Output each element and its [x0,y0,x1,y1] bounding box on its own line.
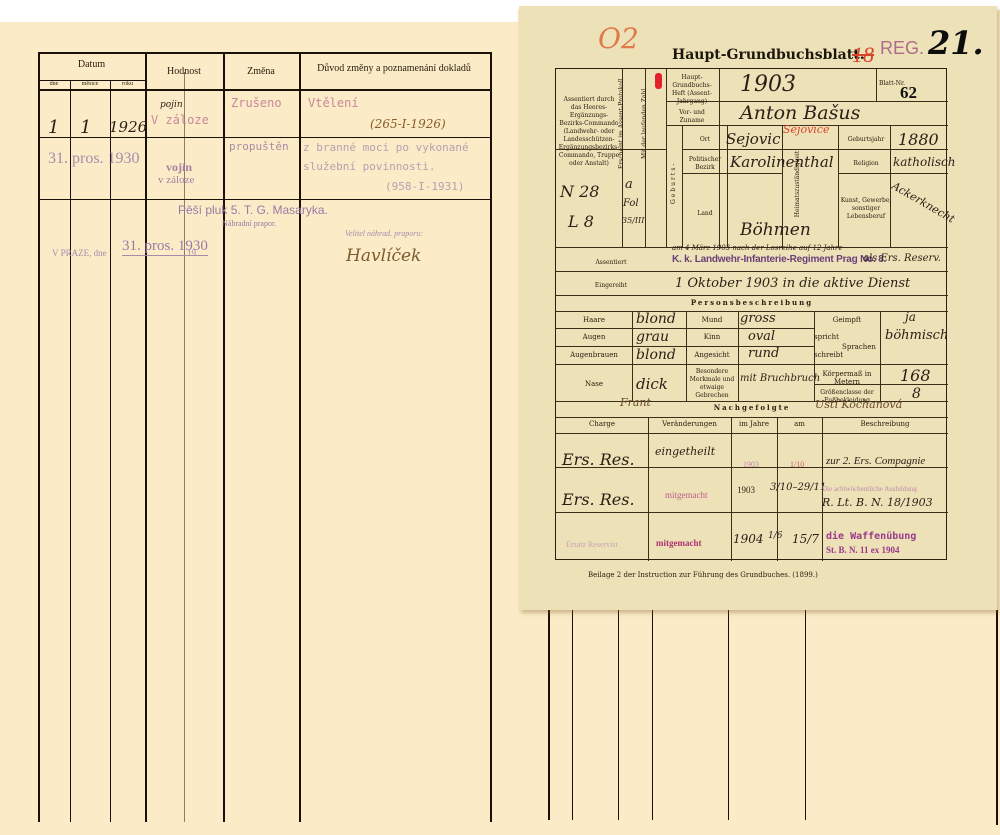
blatt-number: 62 [900,83,917,103]
row1-hodnost: V záloze [151,113,209,127]
change1-jahr: 1903 [743,460,759,469]
signature: Havlíček [346,246,421,266]
header-roku: roku [110,81,145,87]
change2-beschreibung2: R. Lt. B. N. 18/1903 [822,496,933,509]
row2-duvod-line2: služební povinnosti. [303,160,435,173]
assentiert-row-note: am 4 März 1903 nach der Losreihe auf 12 … [672,244,843,252]
change3-am: 15/7 [792,532,819,546]
nase-value: dick [636,375,668,393]
assentiert-row-suffix: als Ers. Reserv. [863,253,941,264]
schuh-value: 8 [912,386,921,402]
assentiert-row-stamp: K. k. Landwehr-Infanterie-Regiment Prag … [672,254,886,265]
angesicht-value: rund [748,346,779,361]
header-dne: dne [38,81,70,87]
merkmale-value: mit Bruchbruch [740,373,820,384]
haare-label: Haare [556,316,632,324]
protokoll-value-1: a [625,177,633,192]
header-zmena: Změna [223,66,299,77]
header-datum: Datum [38,59,145,70]
geburtsjahr-value: 1880 [898,130,939,149]
header-duvod: Důvod změny a poznamenání dokladů [299,63,489,74]
merkmale-label: Besondere Merkmale und etwaige Gebrechen [686,368,738,400]
corner-mark: O2 [598,22,639,55]
religion-label: Religion [840,160,892,168]
assentiert-row-label: Assentiert [556,259,666,267]
row1-duvod: Vtělení [308,96,359,110]
kinn-label: Kinn [686,333,738,341]
geburts-label: Geburts- [670,164,678,204]
change1-am: 1/10 [790,460,804,469]
change2-beschreibung: Die achtwöchentliche Ausbildung [822,485,917,493]
row2-date-stamp: 31. pros. 1930 [48,150,140,168]
koerpermass-label: Körpermaß in Metern [814,370,880,386]
place-suffix: 19.. [187,248,201,258]
red-mark [655,73,662,89]
change2-veraenderung: mitgemacht [665,490,708,500]
change2-am: 3/10–29/11 [770,482,826,493]
heft-value: 1903 [740,72,796,97]
change1-beschreibung: zur 2. Ers. Compagnie [826,455,925,467]
laufende-label: Mit der laufenden Zahl [641,89,649,159]
heimat-label: Heimatszuständigkeit [794,129,802,239]
ort-correction: Sejovice [783,123,829,136]
mund-value: gross [740,311,776,326]
place-prefix: V PRAZE, dne [52,248,107,258]
row2-hodnost-line1: vojín [166,160,192,175]
row1-hodnost-handwritten: pojin [160,100,183,110]
row1-roku: 1926 [109,118,147,136]
col-am: am [777,420,822,428]
erscheint-label: Erscheint im Assent-Protokoll [618,79,626,169]
personsbeschreibung-heading: Personsbeschreibung [556,299,948,307]
eingereiht-label: Eingereiht [556,282,666,290]
religion-value: katholisch [893,155,955,169]
nase-label: Nase [556,380,632,388]
ort-value: Sejovic [726,130,781,148]
augenbrauen-value: blond [636,347,676,363]
card-title: Haupt-Grundbuchsblatt. [672,47,865,63]
change3-beschreibung2: St. B. N. 11 ex 1904 [826,545,900,555]
change1-charge: Ers. Res. [562,450,635,469]
augenbrauen-label: Augenbrauen [556,351,632,359]
sprachen-value: böhmisch [885,328,948,343]
col-charge: Charge [556,420,648,428]
koerpermass-value: 168 [900,366,931,385]
protokoll-value-3: 35/III [622,216,644,225]
unit-stamp-sub: Náhradní prapor. [222,219,276,228]
schreibt-label: schreibt [814,351,836,359]
nachgefolgte-note-right: Ustí Kochanová [815,398,902,411]
row1-mesice: 1 [80,117,91,138]
bezirk-value: Karolinenthal [730,153,834,171]
row2-zmena: propuštěn [229,140,289,153]
col-im-jahre: im Jahre [731,420,777,428]
reg-number: 21. [928,24,984,62]
assentiert-label: Assentiert durch das Heeres-Ergänzungs-B… [558,96,620,168]
change1-handwritten: eingetheilt [655,445,715,458]
kinn-value: oval [748,329,775,344]
ort-label: Ort [683,136,727,144]
change3-veraenderung: mitgemacht [656,538,701,548]
mund-label: Mund [686,316,738,324]
right-page-lower-table [548,610,1000,825]
row1-reference: (265-I-1926) [370,117,446,131]
header-hodnost: Hodnost [145,66,223,77]
name-value: Anton Bašus [740,102,860,124]
heft-label: Haupt-Grundbuchs-Heft (Assent-Jahrgang) [667,74,717,106]
spricht-label: spricht [814,333,836,341]
bezirk-label: Politischer Bezirk [683,156,727,172]
angesicht-label: Angesicht [686,351,738,359]
reg-stamp: REG. [880,38,924,59]
geimpft-value: ja [905,310,916,324]
sprachen-label: Sprachen [838,343,880,351]
eingereiht-value: 1 Oktober 1903 in die aktive Dienst [675,276,910,291]
change3-jahr-detail: 1/6 [768,531,782,541]
row2-reference: (958-I-1931) [385,180,464,193]
haare-value: blond [636,311,676,327]
change3-charge: Ersatz Reservist [566,540,618,549]
augen-value: grau [636,329,669,345]
card-footer: Beilage 2 der Instruction zur Führung de… [588,571,818,579]
protokoll-value-2: Fol [623,198,639,209]
row2-duvod-line1: z branné moci po vykonané [303,141,469,154]
unit-stamp: Pěší pluk 5. T. G. Masaryka. [178,203,328,217]
nachgefolgte-note-left: Frant [620,396,651,409]
beruf-label: Kunst, Gewerbe, sonstiger Lebensberuf [840,197,892,221]
header-mesice: měsíce [70,81,110,87]
row1-zmena: Zrušeno [231,96,282,110]
geburtsjahr-label: Geburtsjahr [840,136,892,144]
row1-dne: 1 [48,117,59,138]
change3-beschreibung: die Waffenübung [826,531,916,542]
assent-value-1: N 28 [560,182,599,201]
assent-value-2: L 8 [568,212,594,231]
name-label: Vor- und Zuname [667,109,717,125]
change2-charge: Ers. Res. [562,490,635,509]
change3-jahr: 1904 [733,532,764,546]
augen-label: Augen [556,333,632,341]
commander-label: Velitel náhrad. praporu: [345,229,423,238]
crossed-number: 18 [852,42,874,68]
change2-jahr: 1903 [737,485,755,495]
row2-hodnost-line2: v záloze [158,174,194,186]
land-label: Land [683,210,727,218]
col-veraenderungen: Veränderungen [648,420,731,428]
col-beschreibung: Beschreibung [822,420,948,428]
geimpft-label: Geimpft [814,316,880,324]
